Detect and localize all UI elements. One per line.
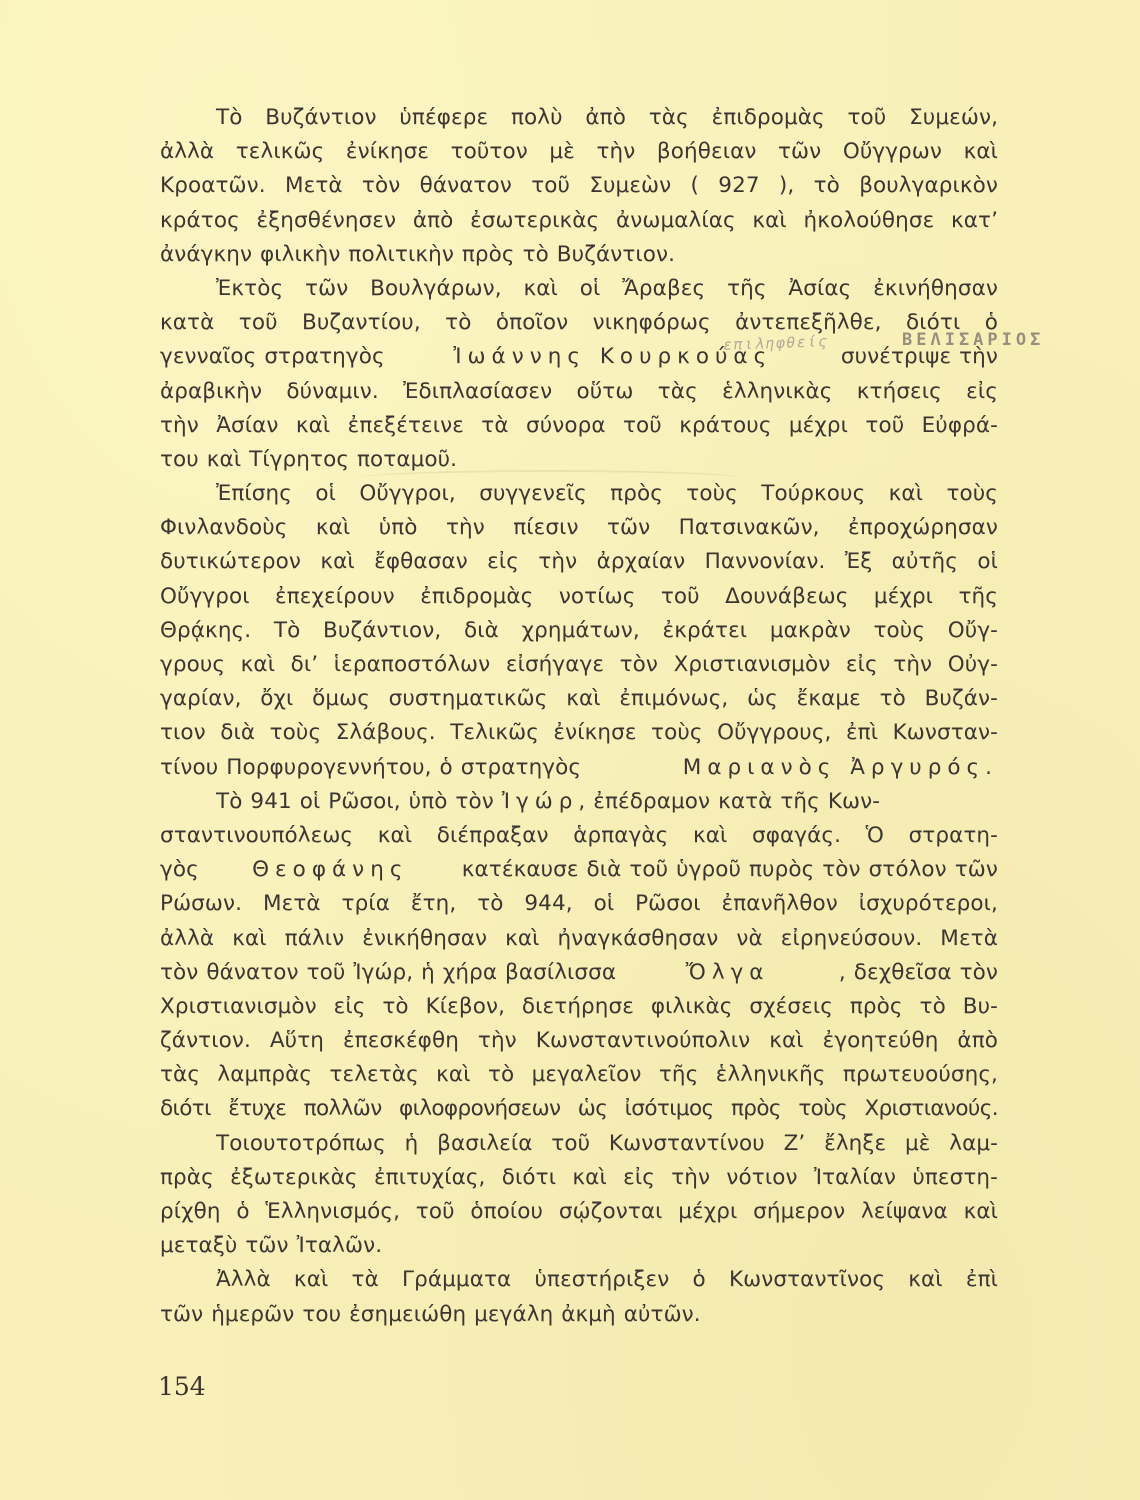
text-line: ἀραβικὴν δύναμιν. Ἐδιπλασίασεν οὕτω τὰς …	[160, 375, 998, 409]
paragraph-6: Ἀλλὰ καὶ τὰ Γράμματα ὑπεστήριξεν ὁ Κωνστ…	[160, 1263, 998, 1331]
text-line: ἀλλὰ καὶ πάλιν ἐνικήθησαν καὶ ἠναγκάσθησ…	[160, 922, 998, 956]
text-line: Κροατῶν. Μετὰ τὸν θάνατον τοῦ Συμεὼν ( 9…	[160, 169, 998, 203]
text-line: διότι ἔτυχε πολλῶν φιλοφρονήσεων ὡς ἰσότ…	[160, 1092, 998, 1126]
body-text: Τὸ Βυζάντιον ὑπέφερε πολὺ ἀπὸ τὰς ἐπιδρο…	[160, 101, 998, 1332]
text-line: Ἐκτὸς τῶν Βουλγάρων, καὶ οἱ Ἄραβες τῆς Ἀ…	[160, 272, 998, 306]
text-line: Ἐπίσης οἱ Οὔγγροι, συγγενεῖς πρὸς τοὺς Τ…	[160, 477, 998, 511]
person-name-spaced: Ὄλγα	[686, 956, 770, 990]
text-line: πρὰς ἐξωτερικὰς ἐπιτυχίας, διότι καὶ εἰς…	[160, 1161, 998, 1195]
text-segment: Τὸ 941 οἱ Ρῶσοι, ὑπὸ τὸν	[216, 785, 494, 819]
paragraph-3: Ἐπίσης οἱ Οὔγγροι, συγγενεῖς πρὸς τοὺς Τ…	[160, 477, 998, 785]
text-line: γρους καὶ δι’ ἱεραποστόλων εἰσήγαγε τὸν …	[160, 648, 998, 682]
text-segment: τὸν θάνατον τοῦ Ἰγώρ, ἡ χήρα βασίλισσα	[160, 956, 616, 990]
text-line: γαρίαν, ὄχι ὅμως συστηματικῶς καὶ ἐπιμόν…	[160, 682, 998, 716]
handwritten-annotation-cursive: επιληφθείς	[723, 332, 829, 354]
text-segment: γὸς	[160, 853, 199, 887]
text-line: Τοιουτοτρόπως ἡ βασιλεία τοῦ Κωνσταντίνο…	[160, 1127, 998, 1161]
paragraph-4: Τὸ 941 οἱ Ρῶσοι, ὑπὸ τὸν Ἰγώρ , ἐπέδραμο…	[160, 785, 998, 1127]
text-line: τὸν θάνατον τοῦ Ἰγώρ, ἡ χήρα βασίλισσα Ὄ…	[160, 956, 998, 990]
text-line: Θρᾴκης. Τὸ Βυζάντιον, διὰ χρημάτων, ἐκρά…	[160, 614, 998, 648]
paragraph-2: Ἐκτὸς τῶν Βουλγάρων, καὶ οἱ Ἄραβες τῆς Ἀ…	[160, 272, 998, 477]
text-segment: τίνου Πορφυρογεννήτου, ὁ στρατηγὸς	[160, 751, 581, 785]
text-line: ἀλλὰ τελικῶς ἐνίκησε τοῦτον μὲ τὴν βοήθε…	[160, 135, 998, 169]
text-line: Τὸ 941 οἱ Ρῶσοι, ὑπὸ τὸν Ἰγώρ , ἐπέδραμο…	[160, 785, 998, 819]
text-line: Φινλανδοὺς καὶ ὑπὸ τὴν πίεσιν τῶν Πατσιν…	[160, 511, 998, 545]
text-line: γὸς Θεοφάνης κατέκαυσε διὰ τοῦ ὑγροῦ πυρ…	[160, 853, 998, 887]
text-segment: , δεχθεῖσα τὸν	[839, 956, 998, 990]
text-line: Ρώσων. Μετὰ τρία ἔτη, τὸ 944, οἱ Ρῶσοι ἐ…	[160, 887, 998, 921]
text-segment: κατέκαυσε διὰ τοῦ ὑγροῦ πυρὸς τὸν στόλον…	[462, 853, 998, 887]
text-segment: γενναῖος στρατηγὸς	[160, 340, 385, 374]
text-line: τιον διὰ τοὺς Σλάβους. Τελικῶς ἐνίκησε τ…	[160, 716, 998, 750]
text-line: τῶν ἡμερῶν του ἐσημειώθη μεγάλη ἀκμὴ αὐτ…	[160, 1298, 998, 1332]
text-line: Χριστιανισμὸν εἰς τὸ Κίεβον, διετήρησε φ…	[160, 990, 998, 1024]
text-line: τίνου Πορφυρογεννήτου, ὁ στρατηγὸς Μαρια…	[160, 751, 998, 785]
text-line: ἀνάγκην φιλικὴν πολιτικὴν πρὸς τὸ Βυζάντ…	[160, 238, 998, 272]
text-line: Ἀλλὰ καὶ τὰ Γράμματα ὑπεστήριξεν ὁ Κωνστ…	[160, 1263, 998, 1297]
text-line: μεταξὺ τῶν Ἰταλῶν.	[160, 1229, 998, 1263]
page-number: 154	[158, 1372, 206, 1401]
text-line: Οὔγγροι ἐπεχείρουν ἐπιδρομὰς νοτίως τοῦ …	[160, 580, 998, 614]
text-line: τὰς λαμπρὰς τελετὰς καὶ τὸ μεγαλεῖον τῆς…	[160, 1058, 998, 1092]
text-segment: , ἐπέδραμον κατὰ τῆς Κων-	[578, 785, 998, 819]
person-name-spaced: Θεοφάνης	[252, 853, 408, 887]
text-line: ρίχθη ὁ Ἑλληνισμός, τοῦ ὁποίου σῴζονται …	[160, 1195, 998, 1229]
handwritten-annotation-caps: ΒΕΛΙΣΑΡΙΟΣ	[902, 330, 1044, 350]
paragraph-1: Τὸ Βυζάντιον ὑπέφερε πολὺ ἀπὸ τὰς ἐπιδρο…	[160, 101, 998, 272]
text-line: γενναῖος στρατηγὸς Ἰωάννης Κουρκούας συν…	[160, 340, 998, 374]
text-line: κράτος ἐξησθένησεν ἀπὸ ἐσωτερικὰς ἀνωμαλ…	[160, 204, 998, 238]
text-line: τὴν Ἀσίαν καὶ ἐπεξέτεινε τὰ σύνορα τοῦ κ…	[160, 409, 998, 443]
person-name-spaced: Μαριανὸς Ἀργυρός.	[683, 751, 998, 785]
person-name-spaced: Ἰγώρ	[502, 785, 579, 819]
text-line: Τὸ Βυζάντιον ὑπέφερε πολὺ ἀπὸ τὰς ἐπιδρο…	[160, 101, 998, 135]
text-line: του καὶ Τίγρητος ποταμοῦ.	[160, 443, 998, 477]
text-line: κατὰ τοῦ Βυζαντίου, τὸ ὁποῖον νικηφόρως …	[160, 306, 998, 340]
paragraph-5: Τοιουτοτρόπως ἡ βασιλεία τοῦ Κωνσταντίνο…	[160, 1127, 998, 1264]
text-line: ζάντιον. Αὕτη ἐπεσκέφθη τὴν Κωνσταντινού…	[160, 1024, 998, 1058]
text-line: σταντινουπόλεως καὶ διέπραξαν ἁρπαγὰς κα…	[160, 819, 998, 853]
text-line: δυτικώτερον καὶ ἔφθασαν εἰς τὴν ἀρχαίαν …	[160, 545, 998, 579]
